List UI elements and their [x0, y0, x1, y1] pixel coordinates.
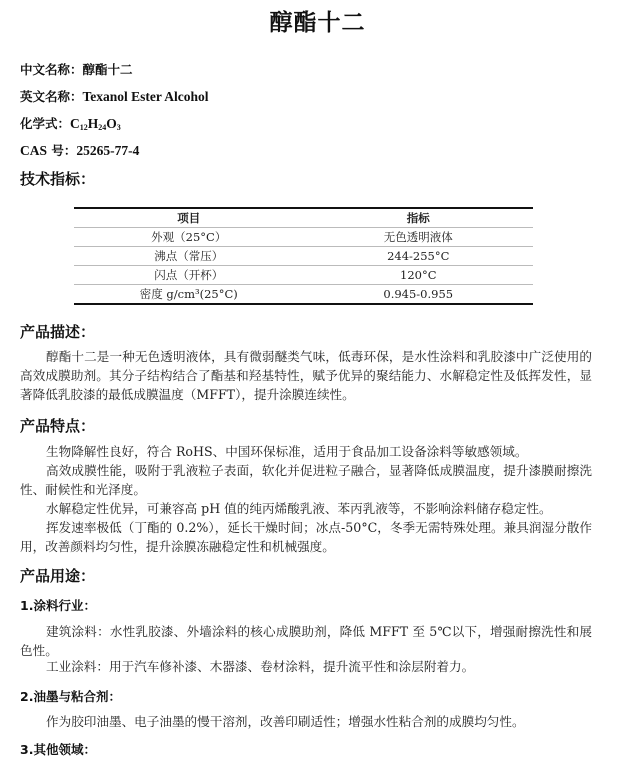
feature-item: 挥发速率极低（丁酯的 0.2%），延长干燥时间；冰点-50°C，冬季无需特殊处理…	[20, 518, 592, 556]
cell-value: 244-255°C	[304, 247, 534, 266]
table-row: 沸点（常压） 244-255°C	[74, 247, 533, 266]
document-page: 醇酯十二 中文名称：醇酯十二 英文名称：Texanol Ester Alcoho…	[0, 0, 635, 767]
cas-line: CAS 号：25265-77-4	[20, 141, 139, 159]
features-heading: 产品特点：	[20, 415, 95, 436]
en-name-value: Texanol Ester Alcohol	[83, 89, 209, 104]
uses-item: 建筑涂料：水性乳胶漆、外墙涂料的核心成膜助剂，降低 MFFT 至 5℃以下，增强…	[20, 622, 592, 660]
formula-label: 化学式：	[20, 116, 70, 131]
cell-item: 密度 g/cm³(25°C)	[74, 285, 304, 305]
column-header-value: 指标	[304, 208, 534, 228]
table-row: 密度 g/cm³(25°C) 0.945-0.955	[74, 285, 533, 305]
description-heading: 产品描述：	[20, 321, 95, 342]
feature-item: 高效成膜性能，吸附于乳液粒子表面，软化并促进粒子融合，显著降低成膜温度，提升漆膜…	[20, 461, 592, 499]
specs-heading: 技术指标：	[20, 168, 95, 189]
uses-section-title: 2.油墨与粘合剂：	[20, 687, 121, 705]
cn-name-label: 中文名称：	[20, 62, 83, 77]
en-name-line: 英文名称：Texanol Ester Alcohol	[20, 87, 209, 105]
uses-heading: 产品用途：	[20, 565, 95, 586]
feature-item: 水解稳定性优异，可兼容高 pH 值的纯丙烯酸乳液、苯丙乳液等，不影响涂料储存稳定…	[20, 499, 592, 518]
uses-section-title: 1.涂料行业：	[20, 596, 96, 614]
uses-item: 作为胶印油墨、电子油墨的慢干溶剂，改善印刷适性；增强水性粘合剂的成膜均匀性。	[20, 712, 592, 731]
cell-item: 沸点（常压）	[74, 247, 304, 266]
table-header-row: 项目 指标	[74, 208, 533, 228]
cell-value: 120°C	[304, 266, 534, 285]
description-paragraph: 醇酯十二是一种无色透明液体，具有微弱醚类气味，低毒环保，是水性涂料和乳胶漆中广泛…	[20, 347, 592, 404]
cn-name-line: 中文名称：醇酯十二	[20, 60, 133, 78]
feature-item: 生物降解性良好，符合 RoHS、中国环保标准，适用于食品加工设备涂料等敏感领域。	[20, 442, 592, 461]
en-name-label: 英文名称：	[20, 89, 83, 104]
cell-value: 无色透明液体	[304, 228, 534, 247]
table-row: 外观（25°C） 无色透明液体	[74, 228, 533, 247]
formula-value: C12H24O3	[70, 116, 121, 131]
uses-item: 工业涂料：用于汽车修补漆、木器漆、卷材涂料，提升流平性和涂层附着力。	[20, 657, 592, 676]
column-header-item: 项目	[74, 208, 304, 228]
cas-label: CAS 号：	[20, 143, 76, 158]
cell-item: 闪点（开杯）	[74, 266, 304, 285]
cn-name-value: 醇酯十二	[83, 62, 133, 77]
cas-value: 25265-77-4	[76, 143, 139, 158]
cell-item: 外观（25°C）	[74, 228, 304, 247]
page-title: 醇酯十二	[0, 4, 635, 37]
cell-value: 0.945-0.955	[304, 285, 534, 305]
table-row: 闪点（开杯） 120°C	[74, 266, 533, 285]
spec-table: 项目 指标 外观（25°C） 无色透明液体 沸点（常压） 244-255°C 闪…	[74, 207, 533, 305]
uses-section-title: 3.其他领域：	[20, 740, 96, 758]
formula-line: 化学式：C12H24O3	[20, 114, 121, 132]
